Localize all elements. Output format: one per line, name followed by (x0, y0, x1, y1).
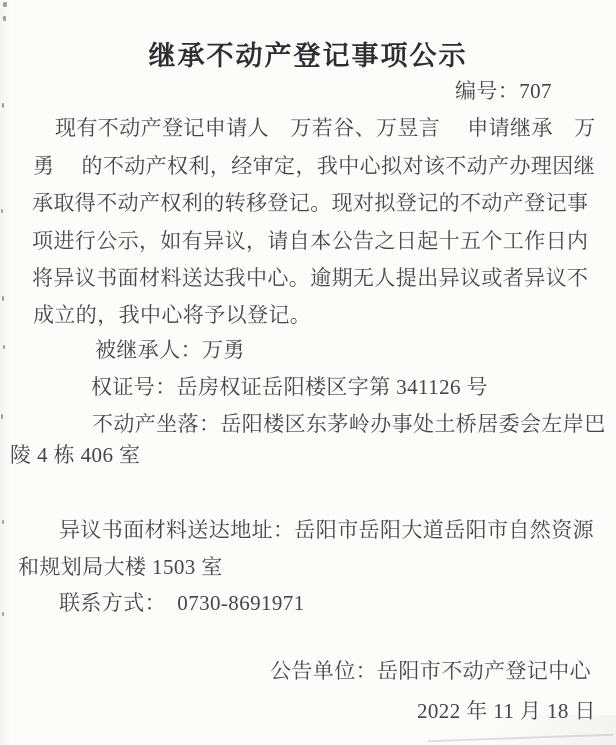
scan-speck (2, 296, 4, 301)
property-location-line: 陵 4 栋 406 室 (10, 445, 140, 466)
body-line: 项进行公示，如有异议，请自本公告之日起十五个工作日内 (32, 231, 588, 252)
certificate-number-line: 权证号：岳房权证岳阳楼区字第 341126 号 (91, 377, 488, 398)
scan-edge-shade (0, 0, 10, 745)
property-location-line: 不动产坐落：岳阳楼区东茅岭办事处土桥居委会左岸巴 (92, 414, 606, 435)
heir-name-line: 被继承人：万勇 (95, 340, 245, 361)
scan-speck (3, 2, 7, 7)
scan-speck (2, 520, 4, 524)
body-line: 承取得不动产权利的转移登记。现对拟登记的不动产登记事 (32, 193, 588, 214)
body-line: 将异议书面材料送达我中心。逾期无人提出异议或者异议不 (32, 268, 588, 289)
doc-number: 编号：707 (455, 81, 552, 102)
body-line: 现有不动产登记申请人 万若谷、万昱言 申请继承 万 (55, 118, 596, 139)
scan-speck (1, 209, 3, 213)
objection-address-line: 和规划局大楼 1503 室 (18, 557, 223, 578)
scan-speck (1, 414, 3, 419)
issuer-line: 公告单位：岳阳市不动产登记中心 (270, 661, 591, 682)
date-line: 2022 年 11 月 18 日 (417, 701, 596, 722)
scan-speck (2, 612, 4, 616)
objection-address-line: 异议书面材料送达地址：岳阳市岳阳大道岳阳市自然资源 (59, 520, 594, 541)
scan-shadow-line (428, 734, 613, 742)
scan-speck (2, 103, 4, 108)
notice-title: 继承不动产登记事项公示 (0, 34, 616, 73)
contact-phone-line: 联系方式： 0730-8691971 (59, 593, 305, 614)
body-line: 勇 的不动产权利，经审定，我中心拟对该不动产办理因继 (33, 156, 595, 177)
notice-document-page: 继承不动产登记事项公示 编号：707 现有不动产登记申请人 万若谷、万昱言 申请… (0, 0, 616, 745)
scan-speck (3, 16, 6, 21)
scan-speck (3, 345, 5, 349)
body-line: 成立的，我中心将予以登记。 (33, 305, 311, 326)
